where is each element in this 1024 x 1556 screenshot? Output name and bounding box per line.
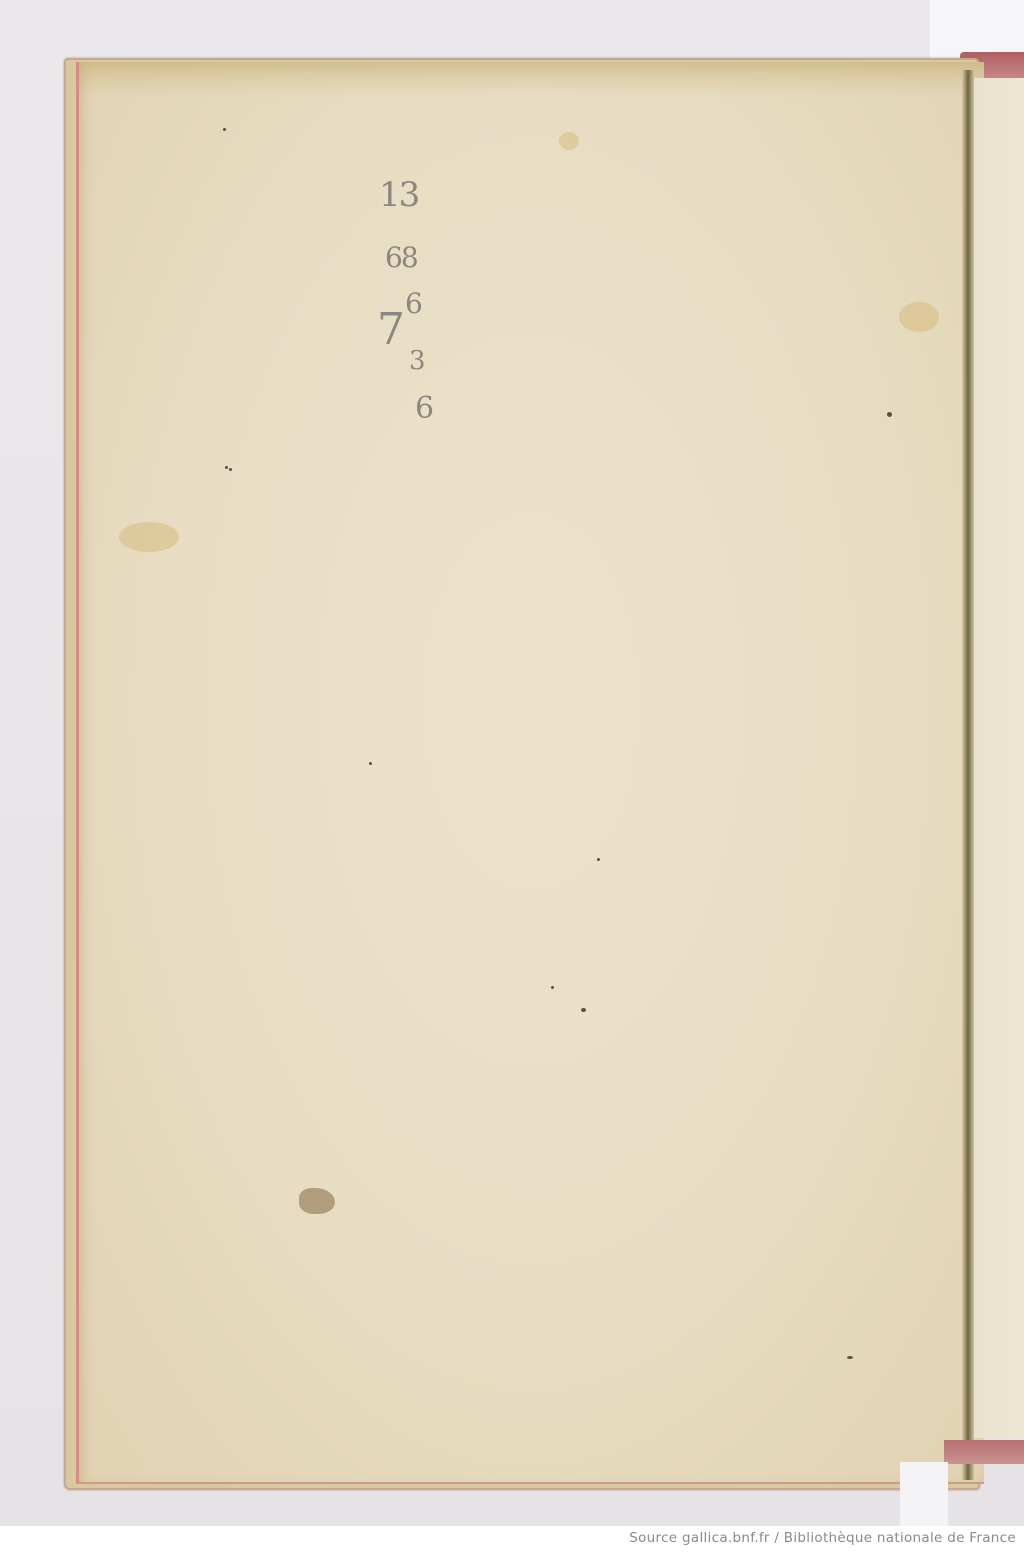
foxing-spot <box>559 132 579 150</box>
paper-fleck <box>847 1356 853 1359</box>
book-cover-bottom-edge <box>944 1440 1024 1464</box>
pencil-annotations: 13 68 7 6 3 6 <box>375 172 465 432</box>
scan-backing-sheet-bottom <box>900 1462 948 1528</box>
paper-fleck <box>369 762 372 765</box>
source-credit: Source gallica.bnf.fr / Bibliothèque nat… <box>629 1530 1016 1546</box>
book-page: 13 68 7 6 3 6 <box>76 62 984 1484</box>
foxing-stain <box>299 1188 335 1214</box>
paper-fleck <box>229 468 232 471</box>
pencil-note: 3 <box>409 348 424 374</box>
pencil-note: 6 <box>415 394 432 424</box>
facing-page-edge <box>974 78 1024 1438</box>
paper-fleck <box>581 1008 586 1012</box>
pencil-note: 6 <box>405 290 421 318</box>
paper-fleck <box>551 986 554 989</box>
foxing-spot <box>899 302 939 332</box>
pencil-note: 68 <box>385 244 417 272</box>
paper-fleck <box>223 128 226 131</box>
book-gutter <box>962 70 974 1480</box>
paper-fleck <box>597 858 600 861</box>
page-top-toning <box>79 62 984 98</box>
pencil-note: 13 <box>379 178 418 212</box>
paper-fleck <box>887 412 892 417</box>
foxing-spot <box>119 522 179 552</box>
pencil-note: 7 <box>377 308 403 352</box>
paper-fleck <box>225 466 228 469</box>
